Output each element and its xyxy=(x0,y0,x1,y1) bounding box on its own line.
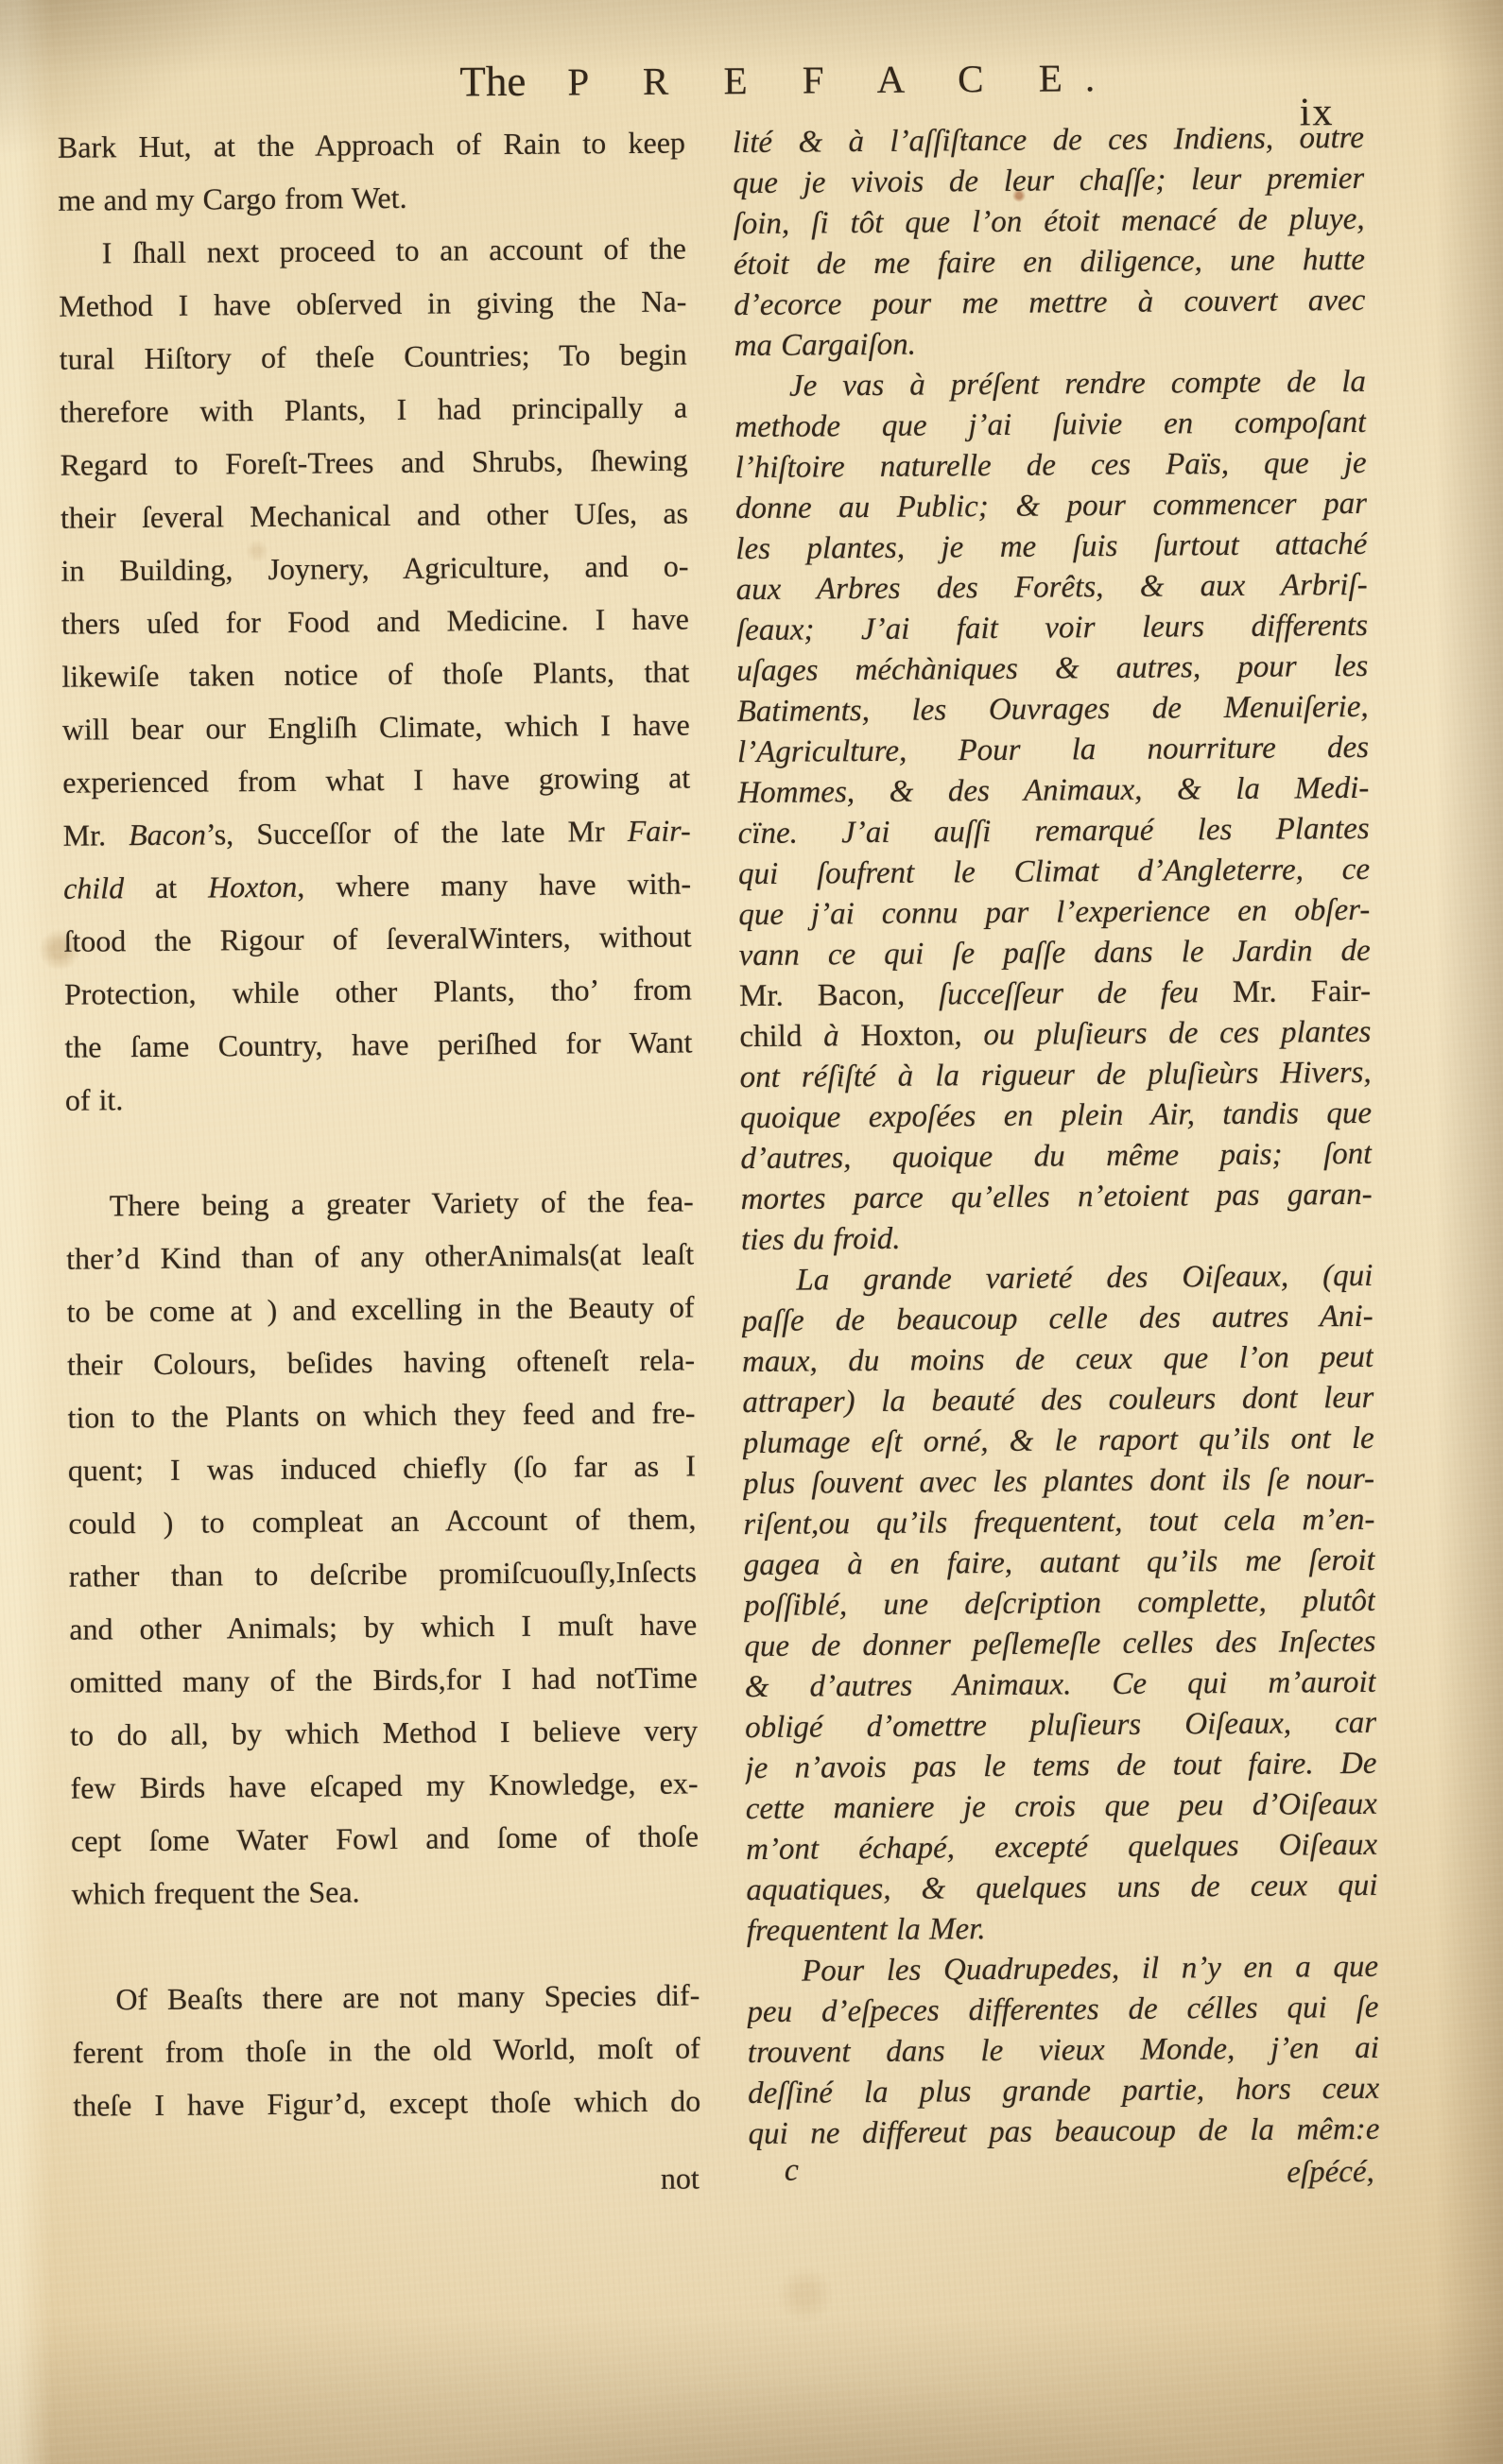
text-line: étoit de me faire en diligence, une hutt… xyxy=(734,240,1365,285)
paragraph: La grande varieté des Oiſeaux, (quipaſſe… xyxy=(741,1256,1378,1952)
text-line: Of Beaſts there are not many Species dif… xyxy=(72,1968,700,2025)
text-line: & d’autres Animaux. Ce qui m’auroit xyxy=(745,1663,1376,1708)
text-line: qui ne differeut pas beaucoup de la mêm:… xyxy=(748,2110,1379,2155)
text-line: l’Agriculture, Pour la nourriture des xyxy=(737,728,1369,773)
text-line: que je vivois de leur chaſſe; leur premi… xyxy=(733,159,1364,204)
text-line: cept ſome Water Fowl and ſome of thoſe xyxy=(71,1809,699,1867)
text-line: aquatiques, & quelques uns de ceux qui xyxy=(746,1866,1377,1911)
text-line: child à Hoxton, ou pluſieurs de ces plan… xyxy=(739,1012,1371,1058)
text-line: mortes parce qu’elles n’etoient pas gara… xyxy=(741,1175,1373,1220)
text-line: que de donner peſlemeſle celles des Inſe… xyxy=(744,1622,1375,1667)
text-line: attraper) la beauté des couleurs dont le… xyxy=(742,1378,1373,1423)
text-line: ties du froid. xyxy=(741,1215,1373,1261)
text-line: There being a greater Variety of the fea… xyxy=(66,1174,694,1232)
text-line: ſoin, ſi tôt que l’on étoit menacé de pl… xyxy=(733,199,1364,245)
catchword-row: eſpécé, xyxy=(749,2152,1380,2197)
text-line: I ſhall next proceed to an account of th… xyxy=(59,222,686,280)
text-line: paſſe de beaucoup celle des autres Ani- xyxy=(742,1297,1373,1342)
text-line: poſſiblé, une deſcription complette, plu… xyxy=(744,1581,1375,1627)
text-line: deſſiné la plus grande partie, hors ceux xyxy=(748,2069,1379,2114)
paragraph: There being a greater Variety of the fea… xyxy=(66,1174,700,1920)
text-line: the ſame Country, have periſhed for Want xyxy=(64,1015,692,1073)
text-line: aux Arbres des Forêts, & aux Arbriſ- xyxy=(735,565,1367,611)
text-line: to be come at ) and excelling in the Bea… xyxy=(66,1280,694,1337)
paragraph: Bark Hut, at the Approach of Rain to kee… xyxy=(58,116,686,227)
text-line: few Birds have eſcaped my Knowledge, ex- xyxy=(70,1756,698,1814)
text-line: ferent from thoſe in the old World, moſt… xyxy=(73,2021,700,2078)
text-line: donne au Public; & pour commencer par xyxy=(735,484,1367,529)
text-line: Hommes, & des Animaux, & la Medi- xyxy=(737,768,1369,814)
text-line: d’ecorce pour me mettre à couvert avec xyxy=(734,281,1365,326)
text-line: vann ce qui ſe paſſe dans le Jardin de xyxy=(739,931,1371,976)
text-line: uſages méchàniques & autres, pour les xyxy=(736,646,1368,692)
text-line: ther’d Kind than of any otherAnimals(at … xyxy=(66,1227,694,1284)
text-line: quent; I was induced chiefly (ſo far as … xyxy=(68,1439,696,1496)
text-line: d’autres, quoique du même pais; ſont xyxy=(740,1134,1372,1180)
text-line: therefore with Plants, I had principally… xyxy=(60,381,687,439)
text-line: their Colours, beſides having ofteneſt r… xyxy=(67,1333,695,1390)
text-line: omitted many of the Birds,for I had notT… xyxy=(69,1650,697,1708)
text-line: gagea à en faire, autant qu’ils me ſeroi… xyxy=(744,1541,1375,1586)
text-line: obligé d’omettre pluſieurs Oiſeaux, car xyxy=(745,1703,1376,1749)
text-line: La grande varieté des Oiſeaux, (qui xyxy=(741,1256,1373,1301)
text-line: ſtood the Rigour of ſeveralWinters, with… xyxy=(63,909,691,967)
catchword: eſpécé, xyxy=(1287,2155,1374,2190)
text-line: Pour les Quadrupedes, il n’y en a que xyxy=(747,1947,1378,1992)
page-title: TheP R E F A C E. xyxy=(459,52,1117,106)
paragraph: Of Beaſts there are not many Species dif… xyxy=(72,1968,700,2131)
scanned-book-page: { "page": { "title_word": "The", "title_… xyxy=(0,0,1503,2464)
text-line: Regard to Foreſt-Trees and Shrubs, ſhewi… xyxy=(60,434,687,491)
paragraph: I ſhall next proceed to an account of th… xyxy=(59,222,693,1127)
text-line: Bark Hut, at the Approach of Rain to kee… xyxy=(58,116,685,174)
text-line: theſe I have Figur’d, except thoſe which… xyxy=(73,2074,700,2131)
text-line: experienced from what I have growing at xyxy=(62,750,690,808)
catchword: not xyxy=(661,2161,700,2195)
text-line: child at Hoxton, where many have with- xyxy=(63,856,691,914)
text-line: ma Cargaiſon. xyxy=(734,321,1365,367)
text-line: frequentent la Mer. xyxy=(747,1906,1378,1952)
text-line: m’ont échapé, excepté quelques Oiſeaux xyxy=(746,1825,1377,1870)
text-line: qui ſoufrent le Climat d’Angleterre, ce xyxy=(738,850,1370,895)
catchword-row: not xyxy=(74,2151,701,2209)
text-line: peu d’eſpeces differentes de célles qui … xyxy=(747,1988,1378,2033)
page-title-word: The xyxy=(459,58,526,106)
text-line: cette maniere je crois que peu d’Oiſeaux xyxy=(746,1784,1377,1830)
text-line: lité & à l’aſſiſtance de ces Indiens, ou… xyxy=(733,118,1364,164)
page-content: TheP R E F A C E. ix Bark Hut, at the Ap… xyxy=(0,0,1503,2464)
text-line: their ſeveral Mechanical and other Uſes,… xyxy=(60,487,688,544)
text-line: cïne. J’ai auſſi remarqué les Plantes xyxy=(738,809,1370,854)
text-line: les plantes, je me ſuis ſurtout attaché xyxy=(735,525,1367,570)
text-line: plumage eſt orné, & le raport qu’ils ont… xyxy=(743,1419,1374,1464)
text-line: Mr. Bacon, ſucceſſeur de feu Mr. Fair- xyxy=(739,972,1371,1017)
text-line: Je vas à préſent rendre compte de la xyxy=(734,362,1366,407)
text-line: in Building, Joynery, Agriculture, and o… xyxy=(60,540,688,597)
paragraph: Je vas à préſent rendre compte de lameth… xyxy=(734,362,1373,1261)
text-line: which frequent the Sea. xyxy=(71,1862,699,1920)
paragraph: lité & à l’aſſiſtance de ces Indiens, ou… xyxy=(733,118,1366,367)
text-line: l’hiſtoire naturelle de ces Païs, que je xyxy=(734,443,1366,489)
text-line: ont réſiſté à la rigueur de pluſieùrs Hi… xyxy=(740,1053,1372,1098)
text-line: Protection, while other Plants, tho’ fro… xyxy=(64,962,692,1020)
text-line: que j’ai connu par l’experience en obſer… xyxy=(738,890,1370,936)
text-line: to do all, by which Method I believe ver… xyxy=(70,1703,698,1761)
text-line: maux, du moins de ceux que l’on peut xyxy=(742,1337,1373,1383)
text-line: and other Animals; by which I muſt have xyxy=(69,1597,697,1655)
text-line: trouvent dans le vieux Monde, j’en ai xyxy=(748,2028,1379,2074)
text-line: Batiments, les Ouvrages de Menuiſerie, xyxy=(737,687,1369,732)
text-line: rather than to deſcribe promiſcuouſly,In… xyxy=(69,1544,697,1602)
text-line: tion to the Plants on which they feed an… xyxy=(67,1386,695,1443)
text-line: riſent,ou qu’ils frequentent, tout cela … xyxy=(743,1500,1374,1545)
text-line: je n’avois pas le tems de tout faire. De xyxy=(745,1744,1376,1789)
text-line: tural Hiſtory of theſe Countries; To beg… xyxy=(60,328,687,386)
text-line: plus ſouvent avec les plantes dont ils ſ… xyxy=(743,1459,1374,1505)
paragraph: Pour les Quadrupedes, il n’y en a quepeu… xyxy=(747,1947,1380,2155)
text-line: methode que j’ai ſuivie en compoſant xyxy=(734,403,1366,448)
text-line: me and my Cargo from Wet. xyxy=(58,169,685,227)
text-line: likewiſe taken notice of thoſe Plants, t… xyxy=(61,645,689,702)
text-line: quoique expoſées en plein Air, tandis qu… xyxy=(740,1094,1372,1139)
text-line: ſeaux; J’ai fait voir leurs differents xyxy=(736,606,1368,651)
text-line: of it. xyxy=(65,1068,693,1126)
french-column: lité & à l’aſſiſtance de ces Indiens, ou… xyxy=(733,118,1380,2197)
text-line: Mr. Bacon’s, Succeſſor of the late Mr Fa… xyxy=(62,803,690,861)
text-line: thers uſed for Food and Medicine. I have xyxy=(61,593,689,650)
text-line: could ) to compleat an Account of them, xyxy=(68,1491,696,1549)
text-line: will bear our Engliſh Climate, which I h… xyxy=(62,698,690,755)
signature-mark: c xyxy=(785,2153,799,2189)
text-line: Method I have obſerved in giving the Na- xyxy=(59,275,686,333)
english-column: Bark Hut, at the Approach of Rain to kee… xyxy=(58,116,701,2210)
page-title-caps: P R E F A C E. xyxy=(567,56,1117,104)
